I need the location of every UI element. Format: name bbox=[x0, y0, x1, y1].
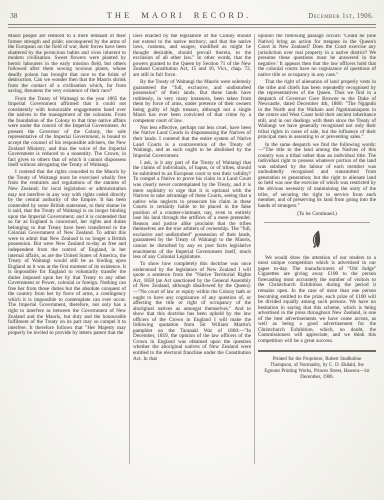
article-paragraph: To show how completely this doctrine was… bbox=[133, 262, 251, 362]
section-divider-rule bbox=[264, 222, 370, 223]
article-paragraph: laws enacted by the legislature of the C… bbox=[133, 34, 251, 78]
imprint-rule bbox=[258, 350, 376, 352]
article-paragraph: By the Treaty of Waitangi the Maoris wer… bbox=[133, 80, 251, 124]
column-rule bbox=[129, 34, 130, 464]
newspaper-page: 38 THE MAORI RECORD. December 1st, 1906.… bbox=[0, 0, 384, 500]
column-left: Maori people are reduced to a mere remna… bbox=[8, 34, 126, 464]
article-paragraph: opinion the following passage occurs: 'C… bbox=[258, 34, 376, 78]
article-paragraph: Not less effective, perhaps not less cru… bbox=[133, 126, 251, 159]
issue-date: December 1st, 1906. bbox=[288, 13, 374, 20]
header-double-rule bbox=[8, 24, 376, 28]
page-number: 38 bbox=[10, 11, 70, 20]
masthead-title: THE MAORI RECORD. bbox=[70, 10, 288, 20]
page-header: 38 THE MAORI RECORD. December 1st, 1906. bbox=[8, 10, 376, 20]
article-paragraph: From the Treaty of Waitangi to the year … bbox=[8, 97, 126, 169]
article-paragraph: We would draw the attention of our reade… bbox=[258, 256, 376, 345]
column-rule bbox=[254, 34, 255, 464]
article-paragraph: I contend that the rights conceded to th… bbox=[8, 170, 126, 336]
to-be-continued-label: (To be Continued.) bbox=[258, 212, 376, 218]
column-middle: laws enacted by the legislature of the C… bbox=[133, 34, 251, 464]
article-paragraph: I ask, is it any part of the Treaty of W… bbox=[133, 161, 251, 261]
column-right: opinion the following passage occurs: 'C… bbox=[258, 34, 376, 464]
fleuron-ornament-icon bbox=[258, 229, 376, 249]
article-paragraph: That the right of alienation of land pro… bbox=[258, 80, 376, 141]
article-paragraph: In the same despatch we find the followi… bbox=[258, 143, 376, 210]
article-paragraph: Maori people are reduced to a mere remna… bbox=[8, 34, 126, 95]
article-body: Maori people are reduced to a mere remna… bbox=[8, 34, 376, 464]
printer-imprint: Printed for the Proprietor, Robert Studh… bbox=[258, 357, 376, 381]
